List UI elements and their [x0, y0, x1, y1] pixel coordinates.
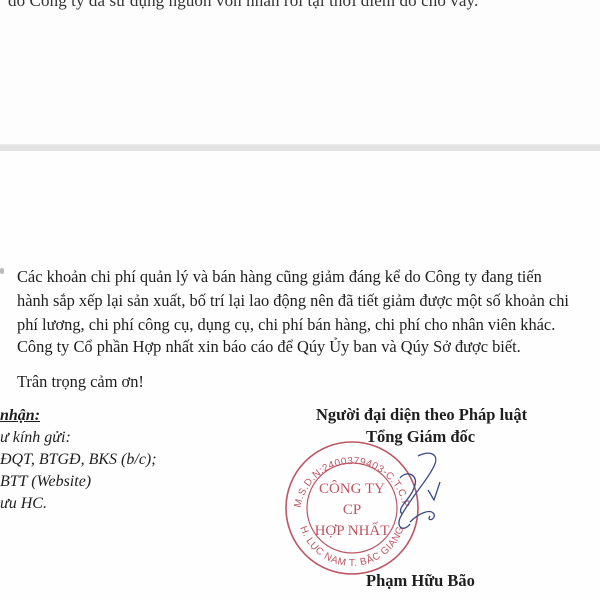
body-paragraph-costs: Các khoản chi phí quản lý và bán hàng cũ…: [17, 265, 569, 337]
seal-center-line-2: CP: [343, 502, 361, 518]
recipient-line: ĐQT, BTGĐ, BKS (b/c);: [0, 449, 157, 471]
recipients-heading: nhận:: [0, 405, 157, 427]
seal-center-line-1: CÔNG TY: [319, 480, 385, 497]
recipients-list: nhận: ư kính gửi: ĐQT, BTGĐ, BKS (b/c); …: [0, 405, 157, 515]
report-statement: Công ty Cổ phần Hợp nhất xin báo cáo để …: [17, 335, 521, 359]
closing-thanks: Trân trọng cảm ơn!: [17, 370, 144, 394]
paragraph-line: hành sắp xếp lại sản xuất, bố trí lại la…: [17, 289, 569, 313]
recipient-line: ư kính gửi:: [0, 427, 157, 449]
handwritten-signature: [390, 448, 460, 548]
paragraph-line: Các khoản chi phí quản lý và bán hàng cũ…: [17, 265, 569, 289]
seal-center-line-3: HỢP NHẤT: [315, 522, 390, 539]
recipient-line: ưu HC.: [0, 493, 157, 515]
previous-page-last-line: do Công ty đã sử dụng nguồn vốn nhàn rỗi…: [8, 0, 478, 11]
paragraph-line: phí lương, chi phí công cụ, dụng cụ, chi…: [17, 313, 569, 337]
bullet-mark: [0, 268, 4, 274]
signer-role: Người đại diện theo Pháp luật: [316, 404, 527, 426]
previous-page-fragment: do Công ty đã sử dụng nguồn vốn nhàn rỗi…: [0, 0, 600, 146]
recipient-line: BTT (Website): [0, 471, 157, 493]
